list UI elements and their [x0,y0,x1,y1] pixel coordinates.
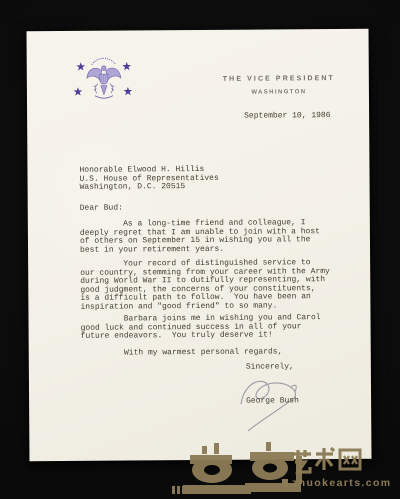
letterhead-title: THE VICE PRESIDENT [199,75,359,83]
recipient-address: Honorable Elwood H. Hillis U.S. House of… [79,166,218,192]
watermark-url-text: zhuokearts.com [292,477,392,489]
watermark-url-block [282,479,288,487]
typed-signature-name: George Bush [246,397,299,406]
letter-date: September 10, 1986 [244,112,330,121]
photo-background: THE VICE PRESIDENT WASHINGTON September … [0,0,400,499]
vice-president-seal-icon [71,54,137,104]
letter-paper: THE VICE PRESIDENT WASHINGTON September … [27,29,372,461]
body-paragraph: Your record of distinguished service to … [80,259,330,312]
eagle-emblem [87,58,121,98]
salutation: Dear Bud: [80,205,123,214]
letterhead-subtitle: WASHINGTON [199,89,359,96]
body-paragraph: As a long-time friend and colleague, I d… [80,219,320,255]
closing-line: With my warmest personal regards, [81,348,283,358]
watermark-url: zhuokearts.com [282,477,392,489]
body-paragraph: Barbara joins me in wishing you and Caro… [80,314,320,341]
